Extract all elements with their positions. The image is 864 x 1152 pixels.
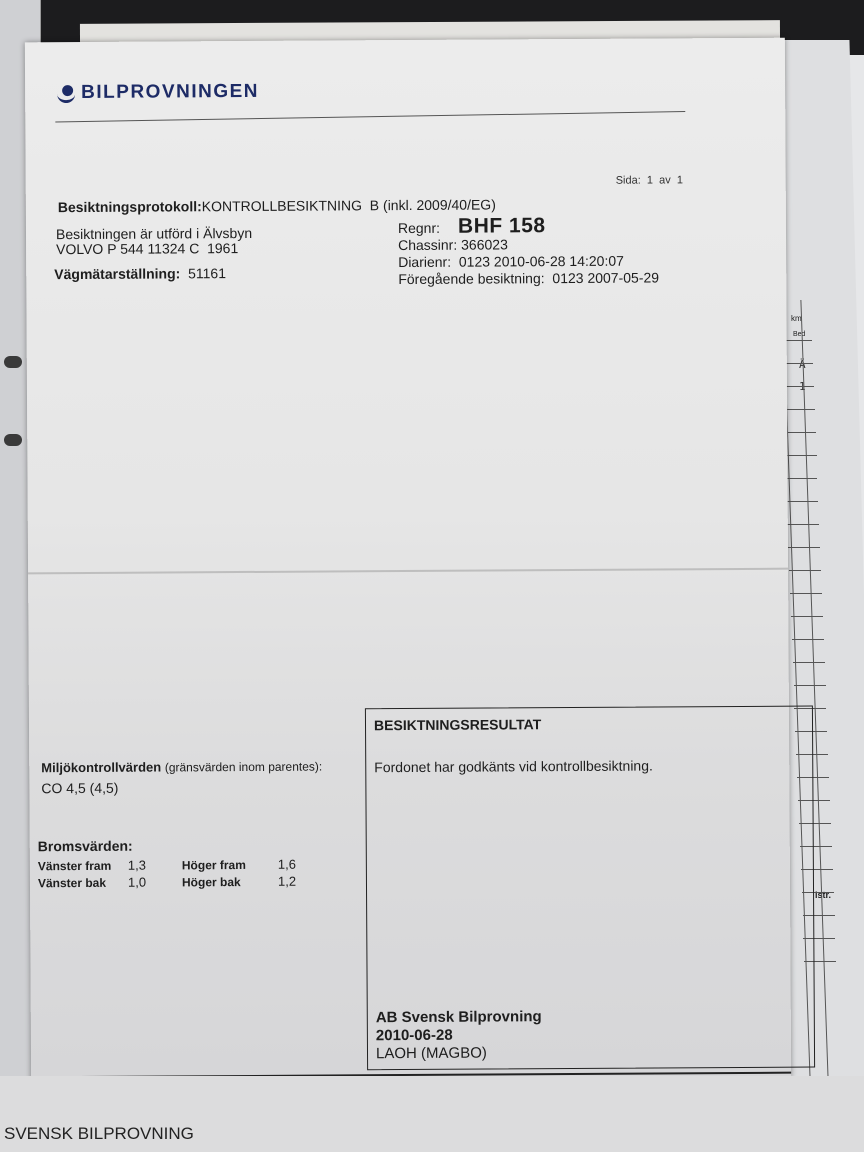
co-value: CO 4,5 (4,5) bbox=[41, 780, 118, 796]
vehicle-info: Besiktningen är utförd i Älvsbyn VOLVO P… bbox=[56, 226, 252, 257]
chassinr-row: Chassinr: 366023 bbox=[398, 235, 659, 254]
odometer-reading: Vägmätarställning: 51161 bbox=[54, 265, 226, 282]
brake-values-table: Vänster fram 1,3 Höger fram 1,6 Vänster … bbox=[38, 856, 296, 892]
inspector-id: LAOH (MAGBO) bbox=[376, 1044, 542, 1063]
table-row: Vänster fram 1,3 Höger fram 1,6 bbox=[38, 856, 296, 875]
side-label: Bed bbox=[793, 331, 805, 338]
company-name: AB Svensk Bilprovning bbox=[376, 1008, 542, 1027]
page-indicator: Sida: 1 av 1 bbox=[616, 174, 683, 186]
brand-name: BILPROVNINGEN bbox=[81, 81, 259, 104]
inspection-protocol-document: BILPROVNINGEN Sida: 1 av 1 Besiktningspr… bbox=[25, 38, 791, 1083]
diarienr-row: Diarienr: 0123 2010-06-28 14:20:07 bbox=[398, 252, 659, 271]
protocol-label: Besiktningsprotokoll: bbox=[58, 198, 202, 215]
protocol-title: Besiktningsprotokoll:KONTROLLBESIKTNING … bbox=[58, 196, 496, 215]
result-title: BESIKTNINGSRESULTAT bbox=[374, 716, 541, 733]
header-divider bbox=[55, 111, 685, 122]
protocol-type: KONTROLLBESIKTNING B (inkl. 2009/40/EG) bbox=[202, 196, 496, 214]
brakes-heading: Bromsvärden: bbox=[38, 838, 133, 855]
bilprovningen-logo: BILPROVNINGEN bbox=[57, 81, 259, 104]
binder-ring bbox=[4, 434, 22, 446]
inspection-result-box: BESIKTNINGSRESULTAT Fordonet har godkänt… bbox=[365, 706, 815, 1071]
result-text: Fordonet har godkänts vid kontrollbesikt… bbox=[374, 758, 653, 776]
footer-company-name: SVENSK BILPROVNING bbox=[4, 1124, 194, 1144]
registration-info: Regnr:BHF 158 Chassinr: 366023 Diarienr:… bbox=[398, 216, 659, 288]
emissions-heading: Miljökontrollvärden (gränsvärden inom pa… bbox=[41, 759, 322, 776]
regnr-value: BHF 158 bbox=[458, 214, 546, 238]
vehicle-description: VOLVO P 544 11324 C 1961 bbox=[56, 241, 252, 257]
paper-fold bbox=[28, 568, 788, 575]
regnr-row: Regnr:BHF 158 bbox=[398, 216, 659, 237]
result-date: 2010-06-28 bbox=[376, 1026, 542, 1045]
binder-ring bbox=[4, 356, 22, 368]
bilprovningen-logo-icon bbox=[57, 85, 75, 101]
previous-inspection-row: Föregående besiktning: 0123 2007-05-29 bbox=[398, 269, 659, 288]
table-row: Vänster bak 1,0 Höger bak 1,2 bbox=[38, 873, 296, 892]
signature-block: AB Svensk Bilprovning 2010-06-28 LAOH (M… bbox=[376, 1008, 542, 1063]
